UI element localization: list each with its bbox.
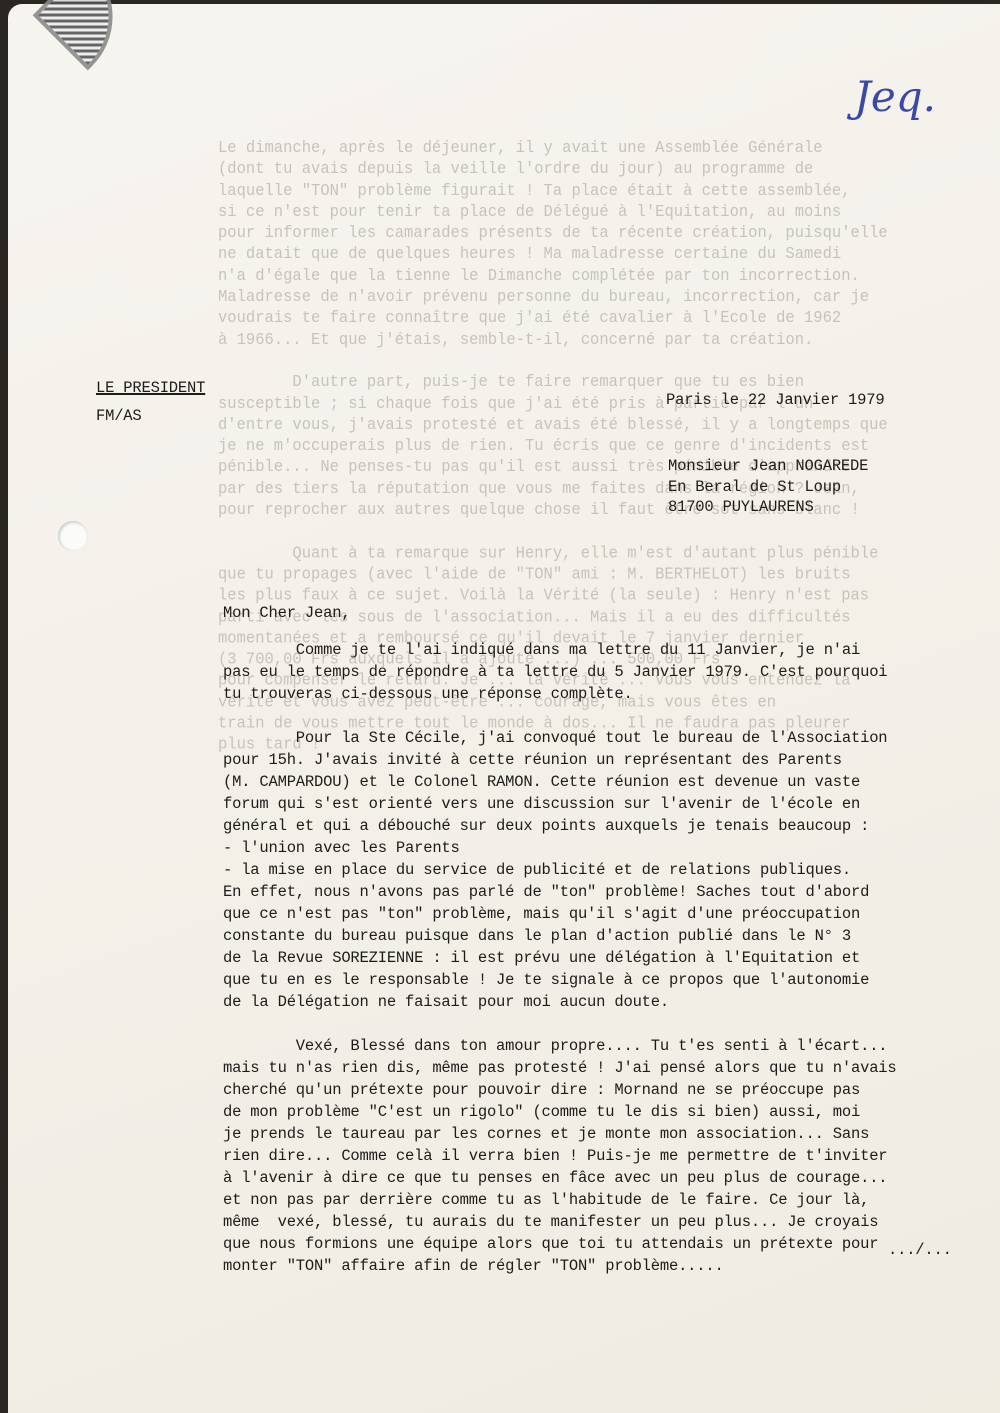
sender-block: LE PRESIDENTFM/AS: [96, 374, 205, 430]
paragraph-2: Pour la Ste Cécile, j'ai convoqué tout l…: [223, 727, 897, 1013]
punch-hole: [58, 521, 88, 551]
sender-reference: FM/AS: [96, 402, 205, 430]
recipient-address: Monsieur Jean NOGAREDEEn Beral de St Lou…: [668, 456, 868, 518]
continuation-mark: .../...: [888, 1241, 952, 1259]
recipient-name: Monsieur Jean NOGAREDE: [668, 456, 868, 477]
date-line: Paris le 22 Janvier 1979: [666, 391, 884, 409]
handwritten-initials: Jeq.: [854, 72, 936, 121]
paragraph-1: Comme je te l'ai indiqué dans ma lettre …: [223, 639, 897, 705]
recipient-street: En Beral de St Loup: [668, 477, 868, 498]
paper-clip-icon: [33, 0, 142, 70]
letter-page: Le dimanche, après le déjeuner, il y ava…: [8, 4, 1000, 1413]
paragraph-3: Vexé, Blessé dans ton amour propre.... T…: [223, 1035, 897, 1277]
letter-body: Comme je te l'ai indiqué dans ma lettre …: [223, 639, 897, 1299]
recipient-city: 81700 PUYLAURENS: [668, 497, 868, 518]
sender-title: LE PRESIDENT: [96, 374, 205, 402]
salutation: Mon Cher Jean,: [223, 604, 350, 622]
